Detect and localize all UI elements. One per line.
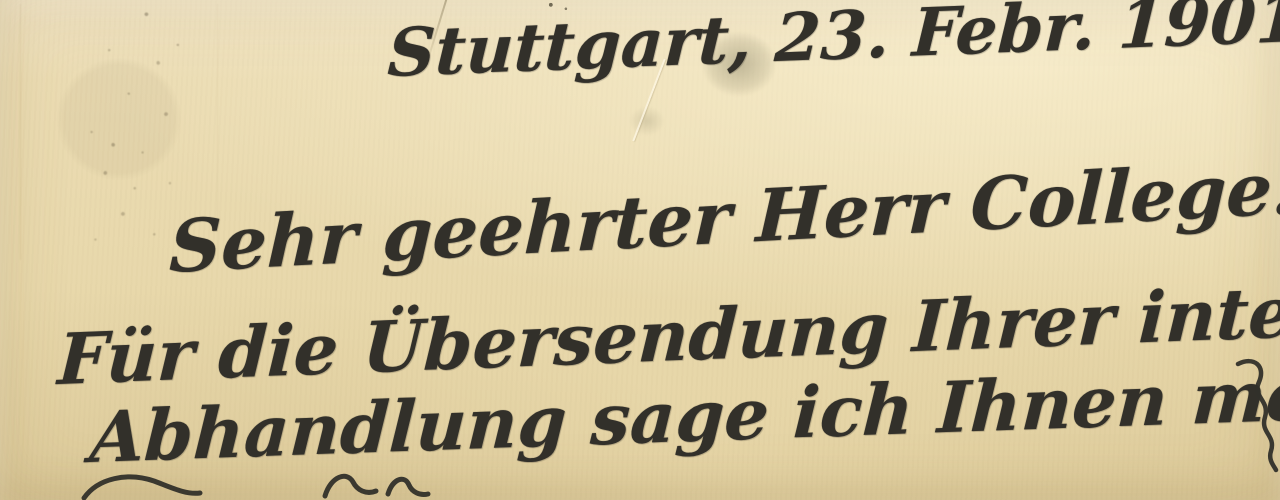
next-line-partial-strokes bbox=[70, 468, 490, 500]
hyphenation-flourish-strokes bbox=[1234, 356, 1280, 474]
salutation-line: Sehr geehrter Herr College! bbox=[168, 144, 1280, 289]
handwritten-letter-page: Stuttgart, 23. Febr. 1901 Sehr geehrter … bbox=[0, 0, 1280, 500]
date-line: Stuttgart, 23. Febr. 1901 bbox=[386, 0, 1280, 92]
